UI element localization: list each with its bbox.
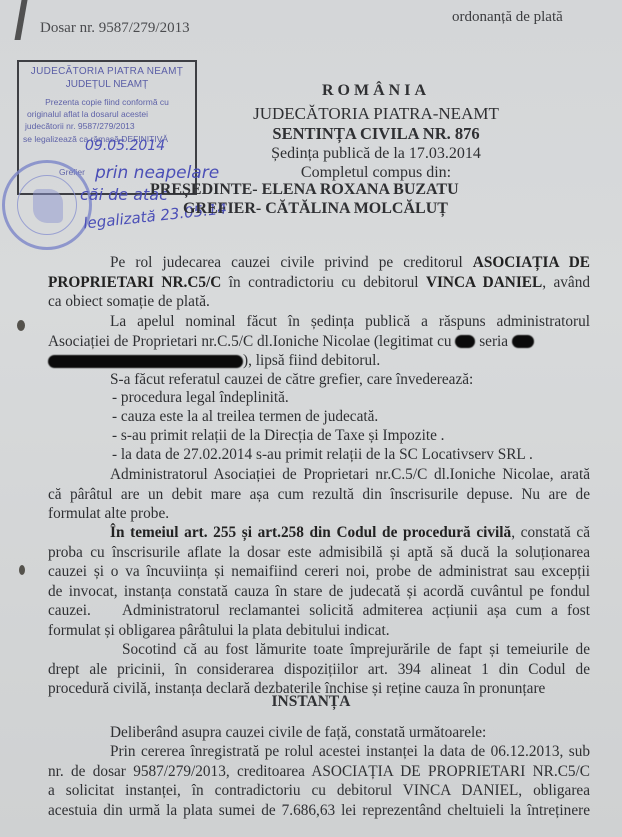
case-number: Dosar nr. 9587/279/2013 — [40, 20, 190, 37]
paper-edge-shadow — [14, 0, 27, 40]
paragraph-claim-details: Prin cererea înregistrată pe rolul acest… — [48, 742, 590, 820]
country-heading: ROMÂNIA — [208, 82, 544, 100]
report-item: - la data de 27.02.2014 s-au primit rela… — [112, 446, 533, 464]
paragraph-administrator: Administratorul Asociației de Proprietar… — [48, 465, 590, 524]
section-heading: INSTANȚA — [0, 693, 622, 711]
stamp-text: Prezenta copie fiind conformă cu — [19, 97, 195, 107]
panel-label: Completul compus din: — [208, 164, 544, 182]
paper-speck — [17, 320, 25, 331]
paragraph-deliberation: Deliberând asupra cauzei civile de față,… — [48, 723, 590, 743]
paragraph-closing-debates: Socotind că au fost lămurite toate împre… — [48, 640, 590, 699]
paragraph-clerk-report: S-a făcut referatul cauzei de către gref… — [48, 370, 590, 390]
redacted-text — [455, 335, 475, 348]
report-item: - s-au primit relații de la Direcția de … — [112, 427, 445, 445]
stamp-court: JUDECĂTORIA PIATRA NEAMȚ — [19, 66, 195, 77]
paragraph-parties: Pe rol judecarea cauzei civile privind p… — [48, 253, 590, 312]
president-line: PREȘEDINTE- ELENA ROXANA BUZATU — [150, 181, 459, 199]
handwritten-note: prin neapelare — [95, 163, 219, 183]
redacted-text — [512, 335, 534, 348]
round-seal-icon — [2, 160, 92, 250]
clerk-line: GREFIER- CĂTĂLINA MOLCĂLUȚ — [183, 200, 448, 218]
paragraph-claimant-request: Administratorul reclamantei solicită adm… — [48, 601, 590, 640]
redacted-text — [48, 355, 243, 368]
sentence-number: SENTINȚA CIVILA NR. 876 — [208, 124, 544, 144]
paragraph-roll-call: La apelul nominal făcut în ședința publi… — [48, 312, 590, 371]
session-date: Ședința publică de la 17.03.2014 — [208, 145, 544, 163]
stamp-text: originalul aflat la dosarul acestei — [19, 109, 203, 119]
paper-speck — [19, 565, 25, 575]
stamp-text: judecătorii nr. 9587/279/2013 — [19, 121, 201, 131]
handwritten-date: 09.05.2014 — [85, 138, 165, 154]
stamp-county: JUDEȚUL NEAMȚ — [19, 79, 195, 90]
court-name: JUDECĂTORIA PIATRA-NEAMT — [208, 104, 544, 124]
report-item: - procedura legal îndeplinită. — [112, 389, 289, 407]
document-type: ordonanță de plată — [452, 9, 563, 26]
report-item: - cauza este la al treilea termen de jud… — [112, 408, 378, 426]
coat-of-arms-icon — [33, 189, 63, 223]
